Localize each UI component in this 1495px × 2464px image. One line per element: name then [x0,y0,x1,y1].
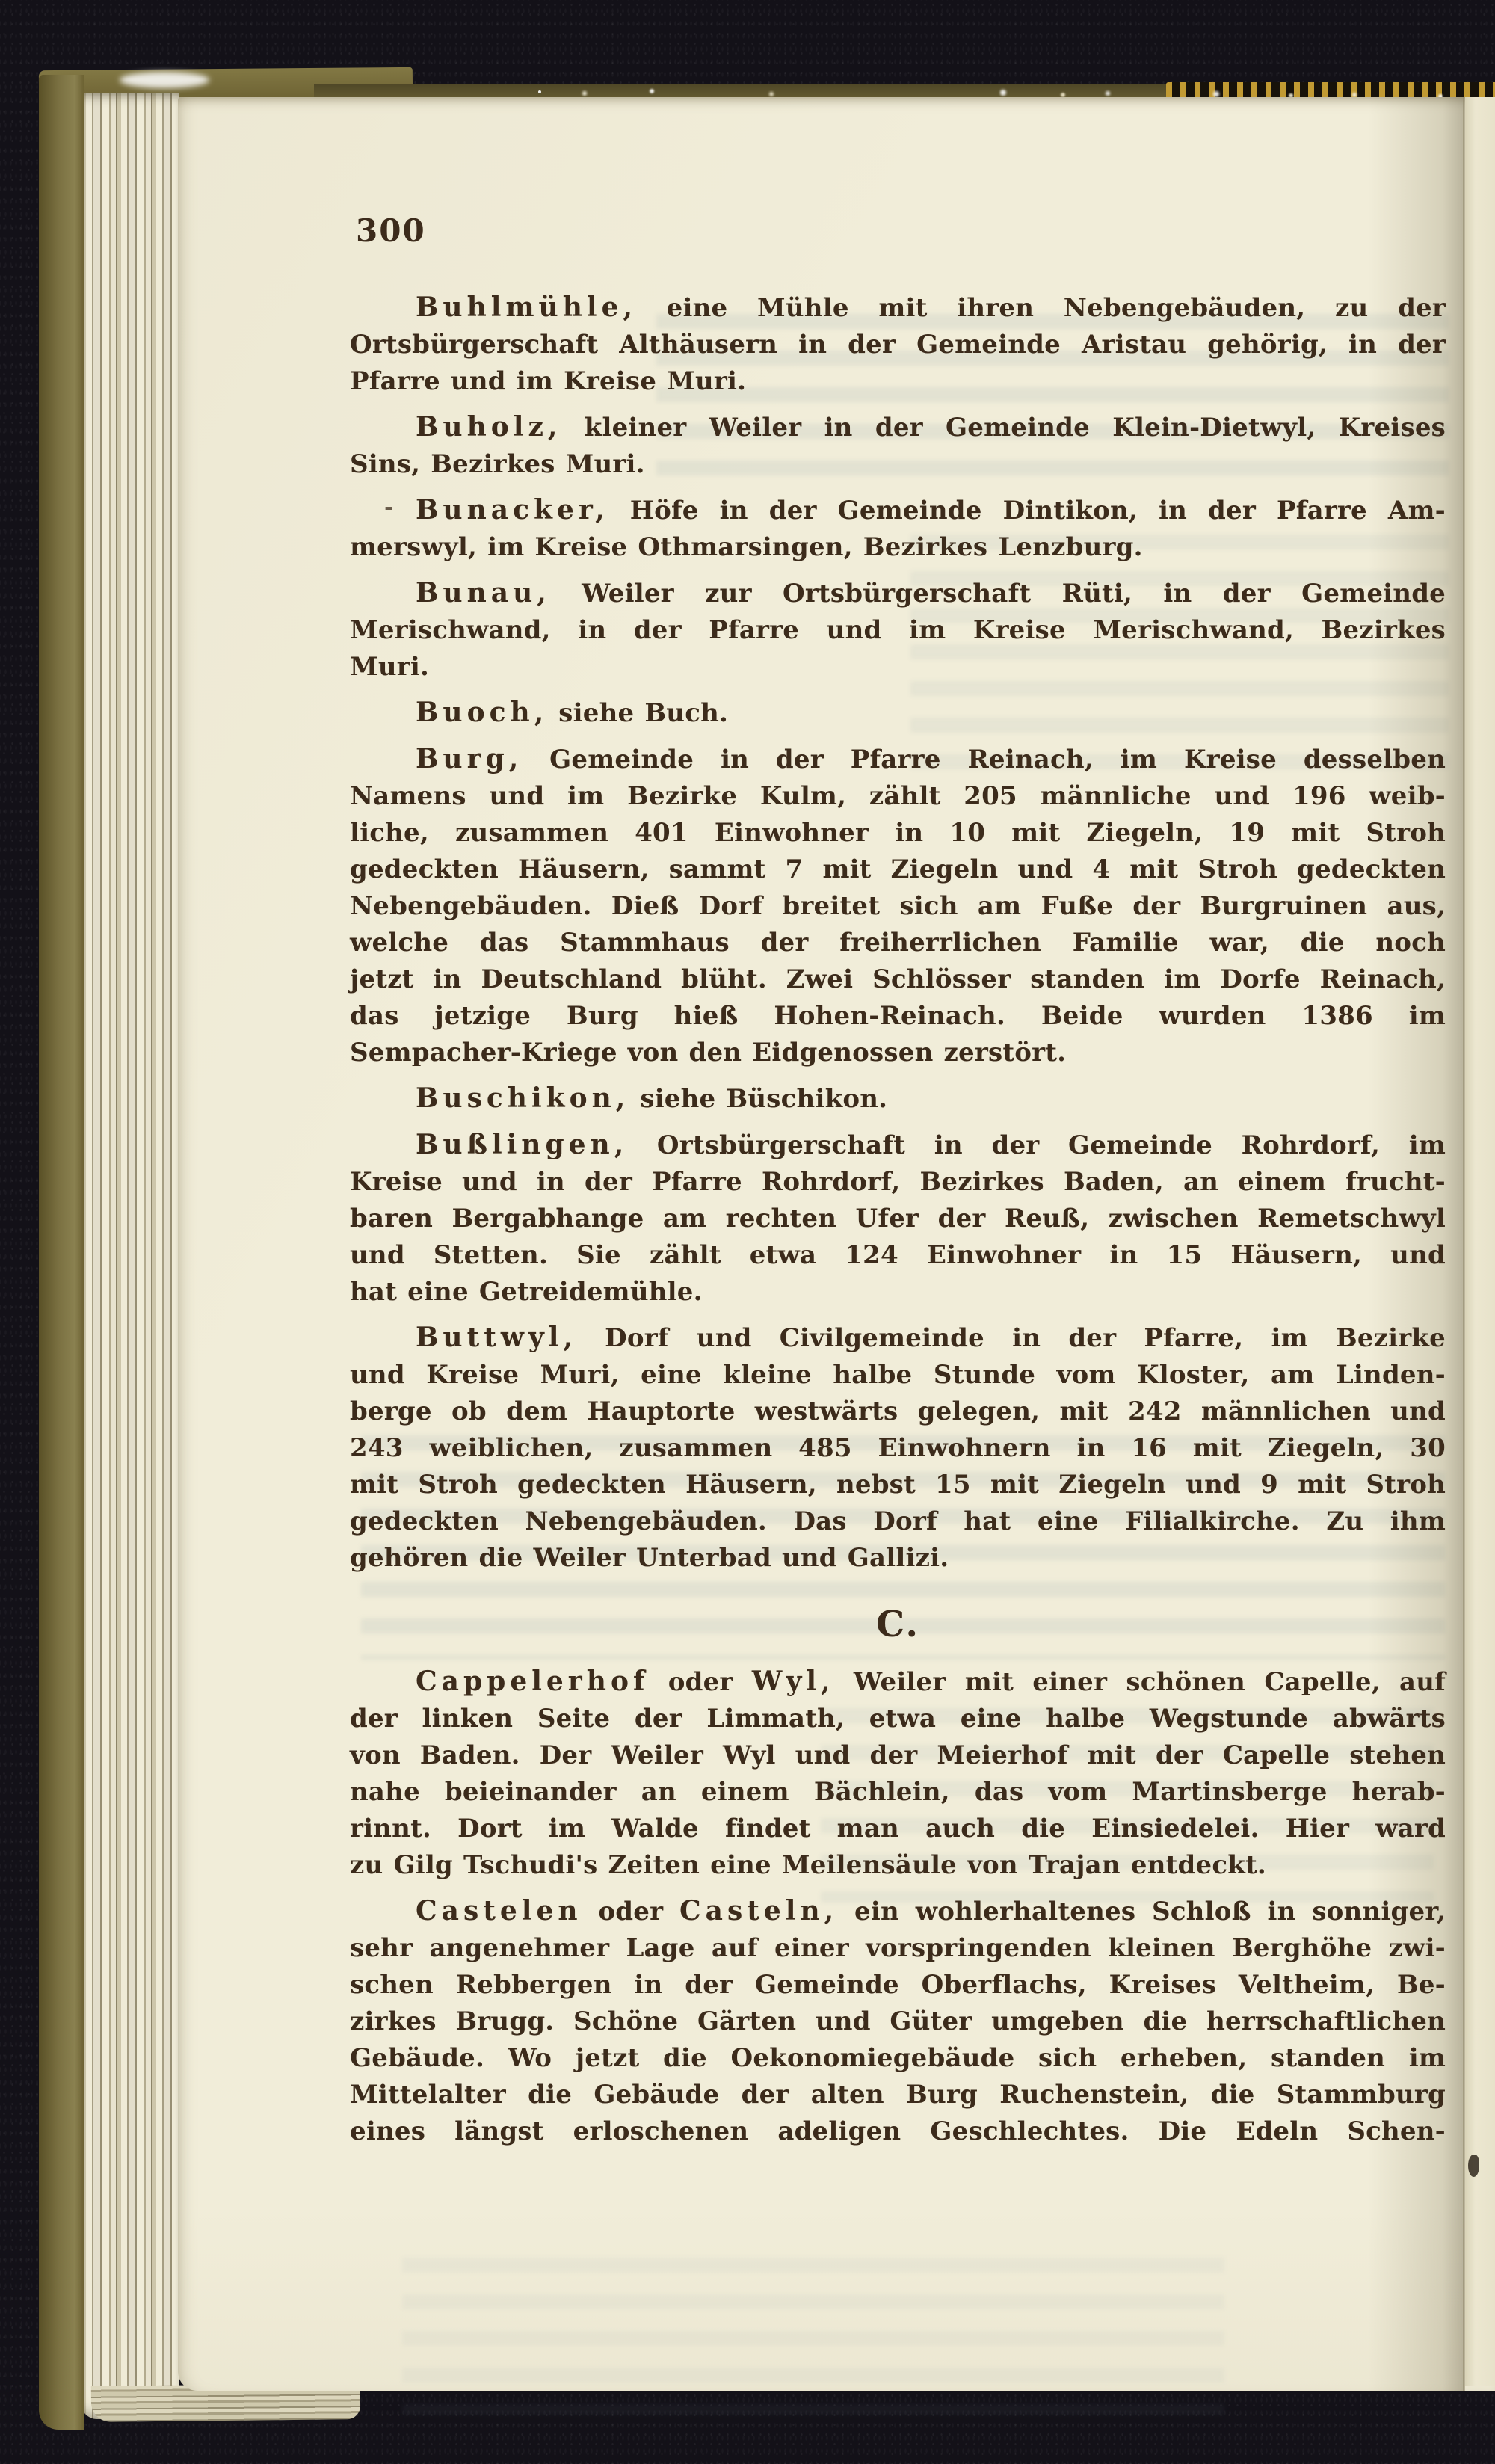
book-page: 300 Buhlmühle, eine Mühle mit ihren Nebe… [178,97,1495,2391]
section-heading-c: C. [350,1605,1446,1644]
text-run: Gemeinde in der Pfarre Reinach, im Kreis… [523,745,1446,774]
next-page-edge [1465,97,1495,2386]
entry-headword: Buholz, [416,411,561,443]
text-run: Weiler zur Ortsbürgerschaft Rüti, in der… [551,579,1446,609]
entry-headword-alt: Wyl, [752,1666,835,1697]
stray-mark: - [384,489,393,526]
text-run: eine Mühle mit ihren Nebengebäuden, zu d… [637,293,1446,323]
text-line: Merischwand, in der Pfarre und im Kreise… [350,612,1446,649]
text-line: Bußlingen, Ortsbürgerschaft in der Gemei… [350,1127,1446,1164]
text-line: Sins, Bezirkes Muri. [350,446,1446,483]
entry-burg: Burg, Gemeinde in der Pfarre Reinach, im… [350,741,1446,1071]
entry-headword: Buoch, [416,697,548,728]
entry-headword: Bunau, [416,577,551,609]
text-line: Sempacher-Kriege von den Eidgenossen zer… [350,1035,1446,1071]
text-line: Muri. [350,649,1446,686]
page-fore-edges [81,93,179,2419]
text-line: gedeckten Häusern, sammt 7 mit Ziegeln u… [350,851,1446,888]
text-line: Buttwyl, Dorf und Civilgemeinde in der P… [350,1319,1446,1357]
text-line: hat eine Getreidemühle. [350,1274,1446,1310]
text-run: Weiler mit einer schönen Capelle, auf [835,1667,1446,1697]
text-line: Gebäude. Wo jetzt die Oekonomiegebäude s… [350,2040,1446,2077]
entry-headword-alt: Casteln, [679,1895,838,1926]
text-line: von Baden. Der Weiler Wyl und der Meierh… [350,1737,1446,1774]
text-run: oder [582,1897,679,1926]
entry-headword: Cappelerhof [416,1666,649,1697]
text-line: und Stetten. Sie zählt etwa 124 Einwohne… [350,1237,1446,1274]
entry-buhlmuehle: Buhlmühle, eine Mühle mit ihren Nebengeb… [350,289,1446,400]
text-line: gehören die Weiler Unterbad und Gallizi. [350,1540,1446,1577]
ink-mark [1468,2155,1479,2177]
page-number: 300 [356,213,1446,249]
entry-headword: Buschikon, [416,1082,629,1114]
text-line: nahe beieinander an einem Bächlein, das … [350,1774,1446,1811]
text-line: 243 weiblichen, zusammen 485 Einwohnern … [350,1430,1446,1467]
text-run: Ortsbürgerschaft in der Gemeinde Rohrdor… [628,1130,1446,1160]
text-line: Pfarre und im Kreise Muri. [350,363,1446,400]
text-line: zu Gilg Tschudi's Zeiten eine Meilensäul… [350,1847,1446,1884]
text-line: schen Rebbergen in der Gemeinde Oberflac… [350,1967,1446,2003]
text-run: siehe Büschikon. [629,1084,887,1114]
text-line: Kreise und in der Pfarre Rohrdorf, Bezir… [350,1164,1446,1201]
entry-buttwyl: Buttwyl, Dorf und Civilgemeinde in der P… [350,1319,1446,1577]
entry-bunau: Bunau, Weiler zur Ortsbürgerschaft Rüti,… [350,575,1446,686]
text-line: merswyl, im Kreise Othmarsingen, Bezirke… [350,529,1446,566]
entry-bunacker: -Bunacker, Höfe in der Gemeinde Dintikon… [350,492,1446,566]
text-line: gedeckten Nebengebäuden. Das Dorf hat ei… [350,1503,1446,1540]
text-line: Buschikon, siehe Büschikon. [350,1080,1446,1118]
text-line: zirkes Brugg. Schöne Gärten und Güter um… [350,2003,1446,2040]
entry-castelen: Castelen oder Casteln, ein wohlerhaltene… [350,1893,1446,2150]
text-line: baren Bergabhange am rechten Ufer der Re… [350,1201,1446,1237]
book-cover-spine-edge [39,75,84,2430]
text-line: Ortsbürgerschaft Althäusern in der Gemei… [350,327,1446,363]
entry-headword: Castelen [416,1895,582,1926]
text-run: Höfe in der Gemeinde Dintikon, in der Pf… [609,496,1446,526]
text-line: Mittelalter die Gebäude der alten Burg R… [350,2077,1446,2113]
gilt-glint-dots [538,90,541,93]
text-line: liche, zusammen 401 Einwohner in 10 mit … [350,815,1446,851]
text-line: Cappelerhof oder Wyl, Weiler mit einer s… [350,1663,1446,1701]
entry-headword: Buhlmühle, [416,292,637,323]
text-line: -Bunacker, Höfe in der Gemeinde Dintikon… [350,492,1446,529]
entry-headword: Bunacker, [416,494,609,526]
text-line: Buhlmühle, eine Mühle mit ihren Nebengeb… [350,289,1446,327]
text-line: Burg, Gemeinde in der Pfarre Reinach, im… [350,741,1446,778]
text-line: welche das Stammhaus der freiherrlichen … [350,925,1446,961]
entry-busslingen: Bußlingen, Ortsbürgerschaft in der Gemei… [350,1127,1446,1310]
entry-buoch: Buoch, siehe Buch. [350,694,1446,732]
entry-buholz: Buholz, kleiner Weiler in der Gemeinde K… [350,409,1446,483]
entry-buschikon: Buschikon, siehe Büschikon. [350,1080,1446,1118]
text-line: und Kreise Muri, eine kleine halbe Stund… [350,1357,1446,1393]
text-line: berge ob dem Hauptorte westwärts gelegen… [350,1393,1446,1430]
text-line: sehr angenehmer Lage auf einer vorspring… [350,1930,1446,1967]
text-line: Buholz, kleiner Weiler in der Gemeinde K… [350,409,1446,446]
text-line: Castelen oder Casteln, ein wohlerhaltene… [350,1893,1446,1930]
text-line: Bunau, Weiler zur Ortsbürgerschaft Rüti,… [350,575,1446,612]
entry-headword: Buttwyl, [416,1322,577,1353]
text-line: Buoch, siehe Buch. [350,694,1446,732]
bleed-through-text [402,2258,1224,2415]
text-line: rinnt. Dort im Walde findet man auch die… [350,1811,1446,1847]
entry-cappelerhof: Cappelerhof oder Wyl, Weiler mit einer s… [350,1663,1446,1884]
text-line: jetzt in Deutschland blüht. Zwei Schlöss… [350,961,1446,998]
text-line: der linken Seite der Limmath, etwa eine … [350,1701,1446,1737]
text-run: ein wohlerhaltenes Schloß in sonniger, [838,1897,1446,1926]
text-column: 300 Buhlmühle, eine Mühle mit ihren Nebe… [350,97,1446,2159]
text-run: kleiner Weiler in der Gemeinde Klein-Die… [561,413,1446,443]
text-line: mit Stroh gedeckten Häusern, nebst 15 mi… [350,1467,1446,1503]
text-line: Namens und im Bezirke Kulm, zählt 205 mä… [350,778,1446,815]
text-line: Nebengebäuden. Dieß Dorf breitet sich am… [350,888,1446,925]
text-run: Dorf und Civilgemeinde in der Pfarre, im… [577,1323,1446,1353]
text-run: oder [649,1667,751,1697]
entry-headword: Bußlingen, [416,1129,628,1160]
text-run: siehe Buch. [548,698,728,728]
text-line: das jetzige Burg hieß Hohen-Reinach. Bei… [350,998,1446,1035]
entry-headword: Burg, [416,743,523,774]
top-edge-glare [120,72,209,88]
text-line: eines längst erloschenen adeligen Geschl… [350,2113,1446,2150]
